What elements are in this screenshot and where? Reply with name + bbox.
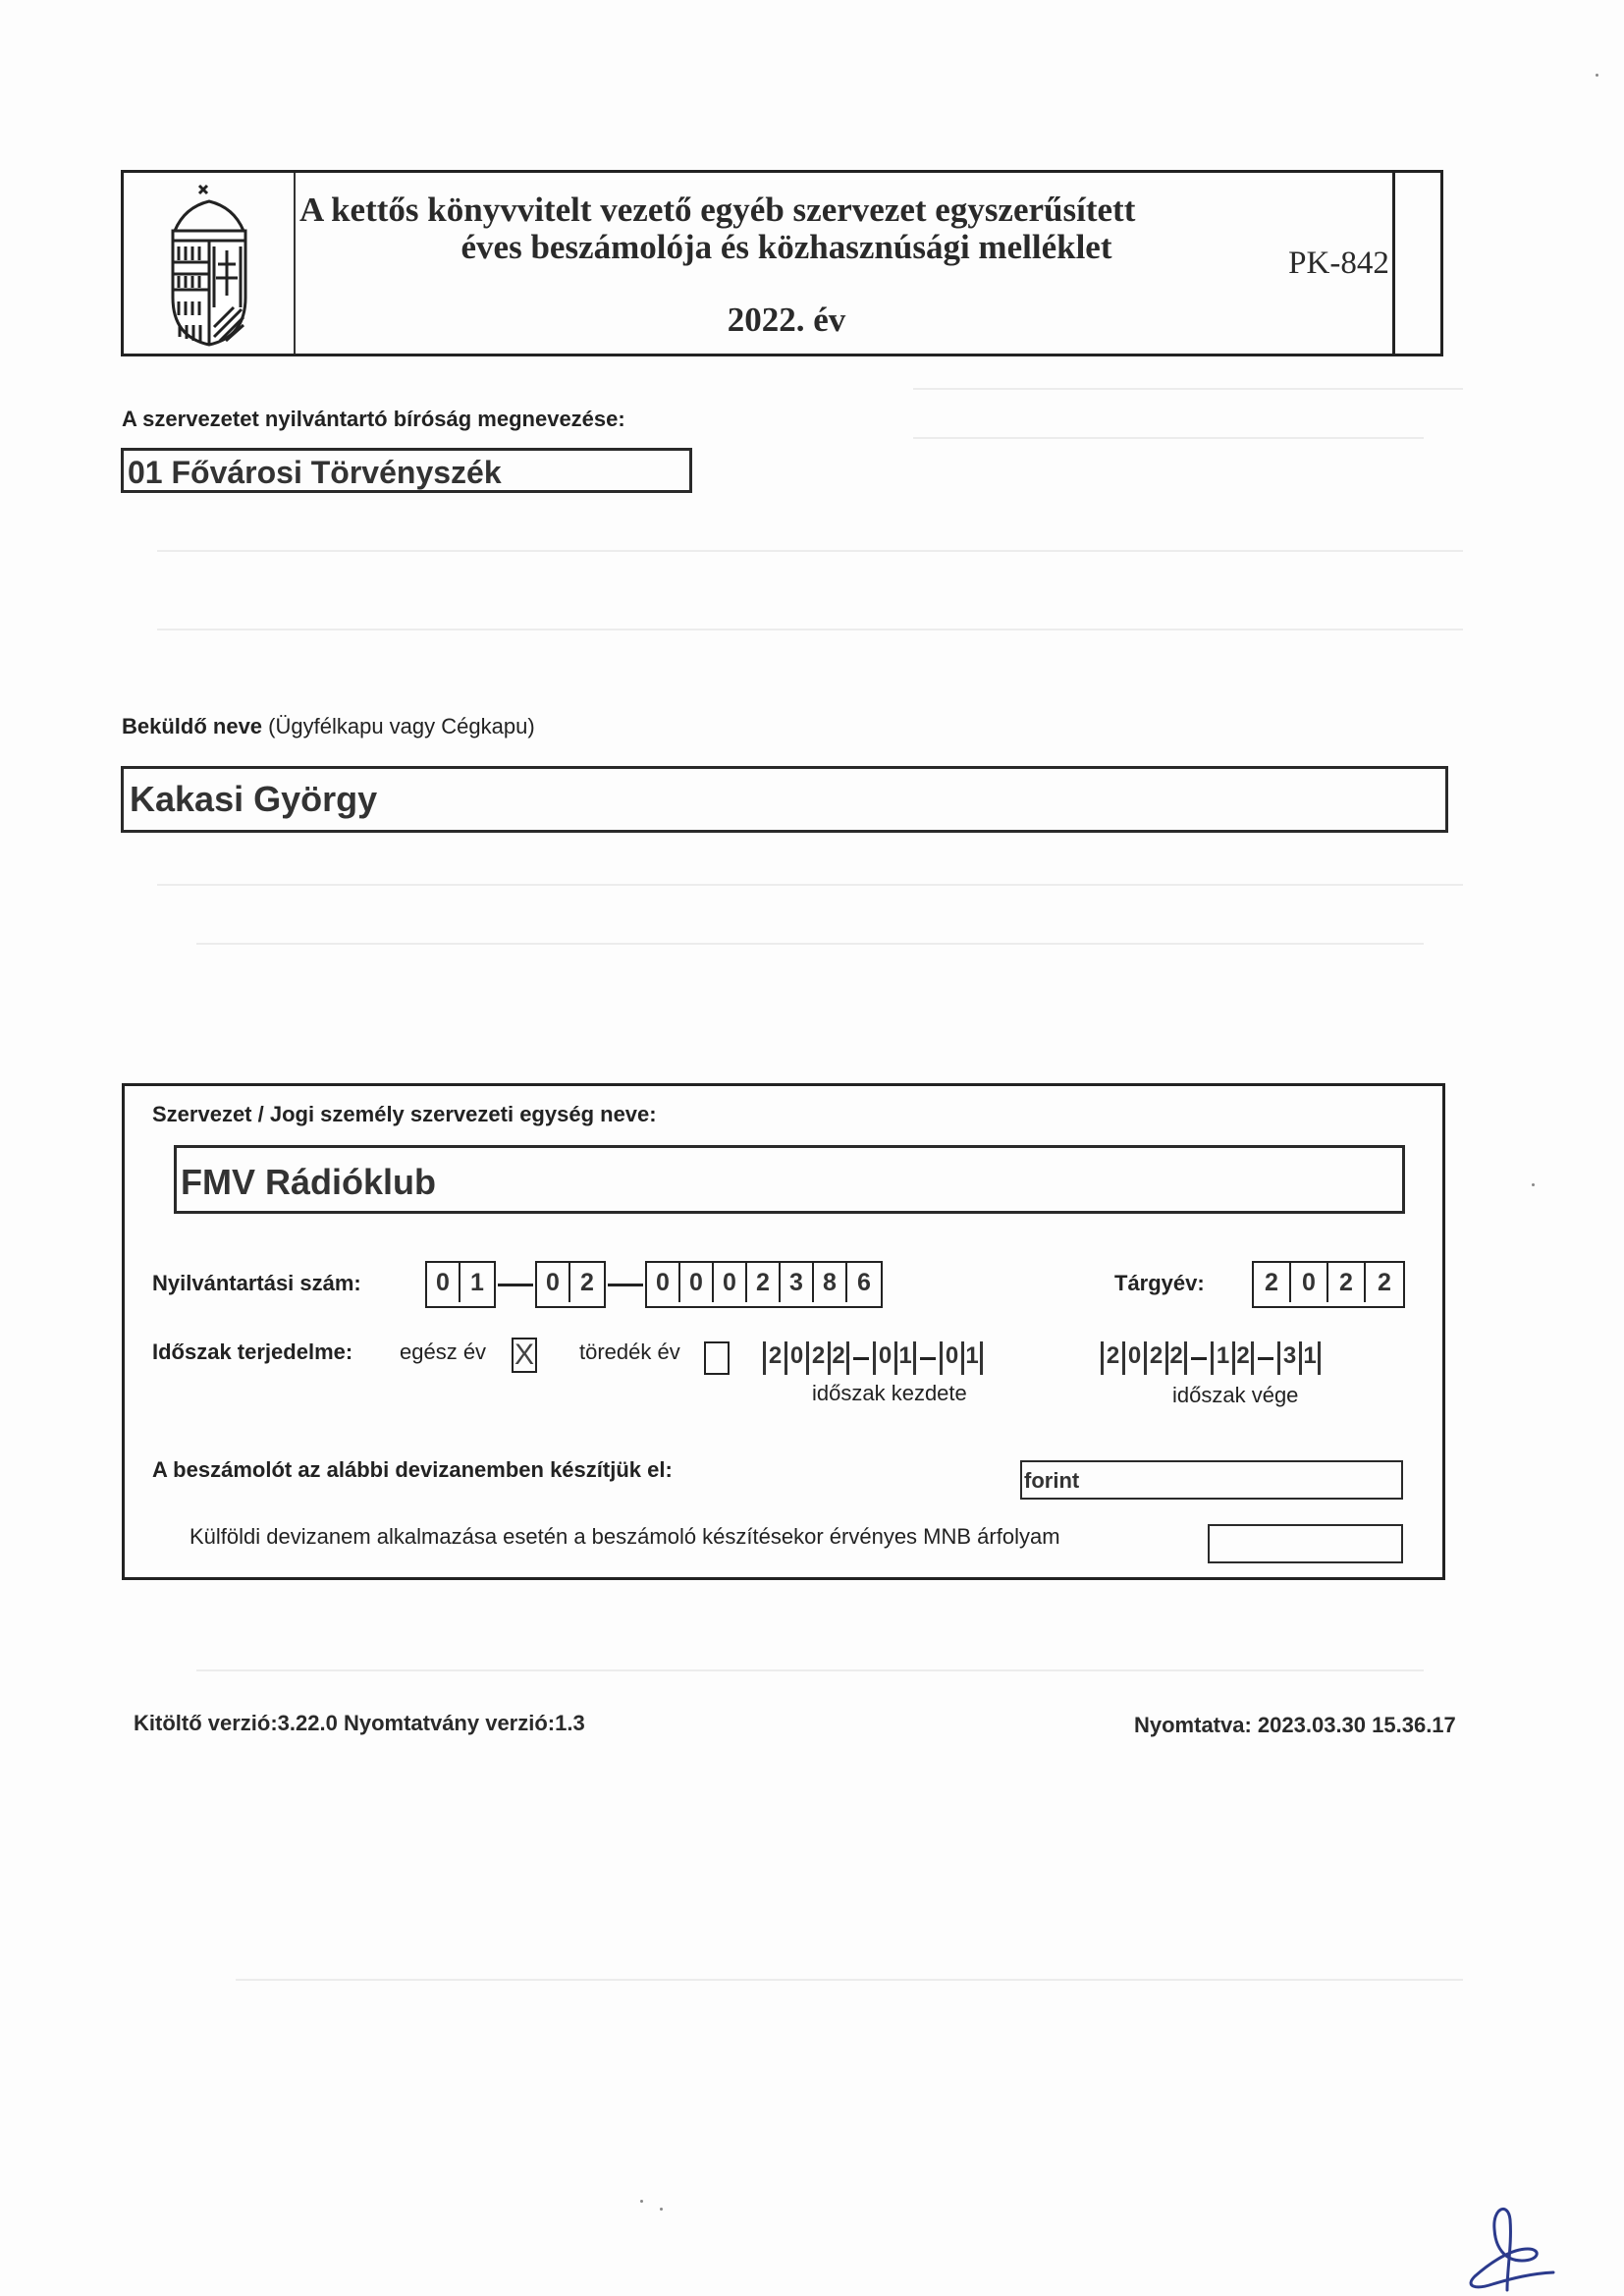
- digit-cell[interactable]: 2: [1101, 1341, 1122, 1375]
- digit-group: 0002386: [645, 1261, 883, 1308]
- digit-group: 2022: [1252, 1261, 1405, 1308]
- digit-group: 01: [425, 1261, 496, 1308]
- bleed-through-line: [157, 884, 1463, 886]
- emblem-cell: [124, 173, 296, 354]
- checkbox-x-mark-icon: X: [514, 1340, 534, 1370]
- sender-label-title: Beküldő neve: [122, 714, 262, 738]
- digit-cell[interactable]: 0: [647, 1263, 680, 1302]
- whole-year-checkbox[interactable]: X: [512, 1338, 537, 1373]
- subject-year-field[interactable]: 2022: [1252, 1261, 1405, 1308]
- organization-name-value: FMV Rádióklub: [181, 1162, 436, 1203]
- digit-cell[interactable]: 3: [781, 1263, 814, 1302]
- currency-value: forint: [1024, 1468, 1079, 1494]
- organization-section: Szervezet / Jogi személy szervezeti egys…: [122, 1083, 1445, 1580]
- court-label: A szervezetet nyilvántartó bíróság megne…: [122, 407, 625, 432]
- signature-icon: [1463, 2200, 1571, 2296]
- court-value: 01 Fővárosi Törvényszék: [128, 455, 502, 491]
- digit-cell[interactable]: 0: [1291, 1263, 1328, 1302]
- separator-dash: [920, 1357, 936, 1360]
- scan-speck: [1596, 74, 1598, 77]
- digit-cell[interactable]: 6: [847, 1263, 881, 1302]
- form-code-cell: PK-842: [1277, 173, 1400, 354]
- digit-cell[interactable]: 2: [1165, 1341, 1187, 1375]
- period-label: Időszak terjedelme:: [152, 1339, 352, 1365]
- digit-cell[interactable]: 3: [1277, 1341, 1299, 1375]
- fx-rate-label: Külföldi devizanem alkalmazása esetén a …: [189, 1524, 1060, 1550]
- digit-group: 31: [1277, 1341, 1321, 1375]
- bleed-through-line: [236, 1979, 1463, 1981]
- period-start-caption: időszak kezdete: [812, 1381, 967, 1406]
- digit-group: 2022: [1101, 1341, 1187, 1375]
- currency-label: A beszámolót az alábbi devizanemben kész…: [152, 1457, 673, 1483]
- digit-cell[interactable]: 2: [1232, 1341, 1254, 1375]
- sender-name-field[interactable]: Kakasi György: [121, 766, 1448, 833]
- digit-cell[interactable]: 1: [961, 1341, 983, 1375]
- period-end-caption: időszak vége: [1172, 1383, 1298, 1408]
- period-start-date-field[interactable]: 20220101: [763, 1341, 983, 1375]
- digit-cell[interactable]: 0: [940, 1341, 961, 1375]
- form-year: 2022. év: [296, 301, 1277, 340]
- sender-label-note: (Ügyfélkapu vagy Cégkapu): [268, 714, 534, 738]
- bleed-through-line: [157, 629, 1463, 630]
- period-end-date-field[interactable]: 20221231: [1101, 1341, 1321, 1375]
- digit-cell[interactable]: 0: [427, 1263, 460, 1302]
- digit-cell[interactable]: 2: [570, 1263, 604, 1302]
- fx-rate-field[interactable]: [1208, 1524, 1403, 1563]
- digit-cell[interactable]: 1: [460, 1263, 494, 1302]
- digit-cell[interactable]: 1: [1299, 1341, 1321, 1375]
- separator-dash: [608, 1284, 643, 1286]
- separator-dash: [1191, 1357, 1207, 1360]
- digit-cell[interactable]: 0: [714, 1263, 747, 1302]
- digit-cell[interactable]: 0: [1122, 1341, 1144, 1375]
- bleed-through-line: [913, 437, 1424, 439]
- digit-cell[interactable]: 1: [1211, 1341, 1232, 1375]
- fraction-year-label: töredék év: [579, 1339, 680, 1365]
- separator-dash: [853, 1357, 869, 1360]
- organization-name-field[interactable]: FMV Rádióklub: [174, 1145, 1405, 1214]
- digit-group: 2022: [763, 1341, 849, 1375]
- subject-year-label: Tárgyév:: [1114, 1271, 1205, 1296]
- scan-speck: [1532, 1183, 1535, 1186]
- form-code: PK-842: [1288, 246, 1389, 282]
- currency-field[interactable]: forint: [1020, 1460, 1403, 1500]
- separator-dash: [1258, 1357, 1273, 1360]
- sender-label: Beküldő neve (Ügyfélkapu vagy Cégkapu): [122, 714, 535, 739]
- registration-number-label: Nyilvántartási szám:: [152, 1271, 361, 1296]
- sender-name-value: Kakasi György: [130, 779, 377, 820]
- bleed-through-line: [196, 943, 1424, 945]
- digit-cell[interactable]: 8: [814, 1263, 847, 1302]
- form-header: A kettős könyvvitelt vezető egyéb szerve…: [121, 170, 1443, 356]
- digit-cell[interactable]: 0: [785, 1341, 806, 1375]
- bleed-through-line: [196, 1669, 1424, 1671]
- scan-speck: [660, 2208, 663, 2211]
- bleed-through-line: [157, 550, 1463, 552]
- digit-group: 01: [873, 1341, 916, 1375]
- digit-group: 12: [1211, 1341, 1254, 1375]
- digit-group: 02: [535, 1261, 606, 1308]
- digit-cell[interactable]: 2: [1328, 1263, 1366, 1302]
- digit-cell[interactable]: 2: [1144, 1341, 1165, 1375]
- digit-cell[interactable]: 2: [1366, 1263, 1403, 1302]
- title-cell: A kettős könyvvitelt vezető egyéb szerve…: [296, 173, 1395, 354]
- digit-cell[interactable]: 2: [747, 1263, 781, 1302]
- registration-number-field[interactable]: 01020002386: [425, 1261, 883, 1308]
- fraction-year-checkbox[interactable]: [704, 1341, 730, 1375]
- digit-cell[interactable]: 1: [894, 1341, 916, 1375]
- whole-year-label: egész év: [400, 1339, 486, 1365]
- digit-cell[interactable]: 0: [873, 1341, 894, 1375]
- coat-of-arms-icon: [165, 180, 253, 347]
- scan-speck: [640, 2200, 643, 2203]
- digit-cell[interactable]: 0: [680, 1263, 714, 1302]
- bleed-through-line: [913, 388, 1463, 390]
- form-title-line-1: A kettős könyvvitelt vezető egyéb szerve…: [296, 191, 1281, 230]
- court-field[interactable]: 01 Fővárosi Törvényszék: [121, 448, 692, 493]
- digit-group: 01: [940, 1341, 983, 1375]
- printed-timestamp: Nyomtatva: 2023.03.30 15.36.17: [1134, 1713, 1456, 1738]
- digit-cell[interactable]: 2: [828, 1341, 849, 1375]
- version-info: Kitöltő verzió:3.22.0 Nyomtatvány verzió…: [134, 1711, 585, 1736]
- organization-name-label: Szervezet / Jogi személy szervezeti egys…: [152, 1102, 657, 1127]
- digit-cell[interactable]: 2: [1254, 1263, 1291, 1302]
- separator-dash: [498, 1284, 533, 1286]
- digit-cell[interactable]: 2: [806, 1341, 828, 1375]
- digit-cell[interactable]: 2: [763, 1341, 785, 1375]
- digit-cell[interactable]: 0: [537, 1263, 570, 1302]
- form-title-line-2: éves beszámolója és közhasznúsági mellék…: [296, 228, 1277, 267]
